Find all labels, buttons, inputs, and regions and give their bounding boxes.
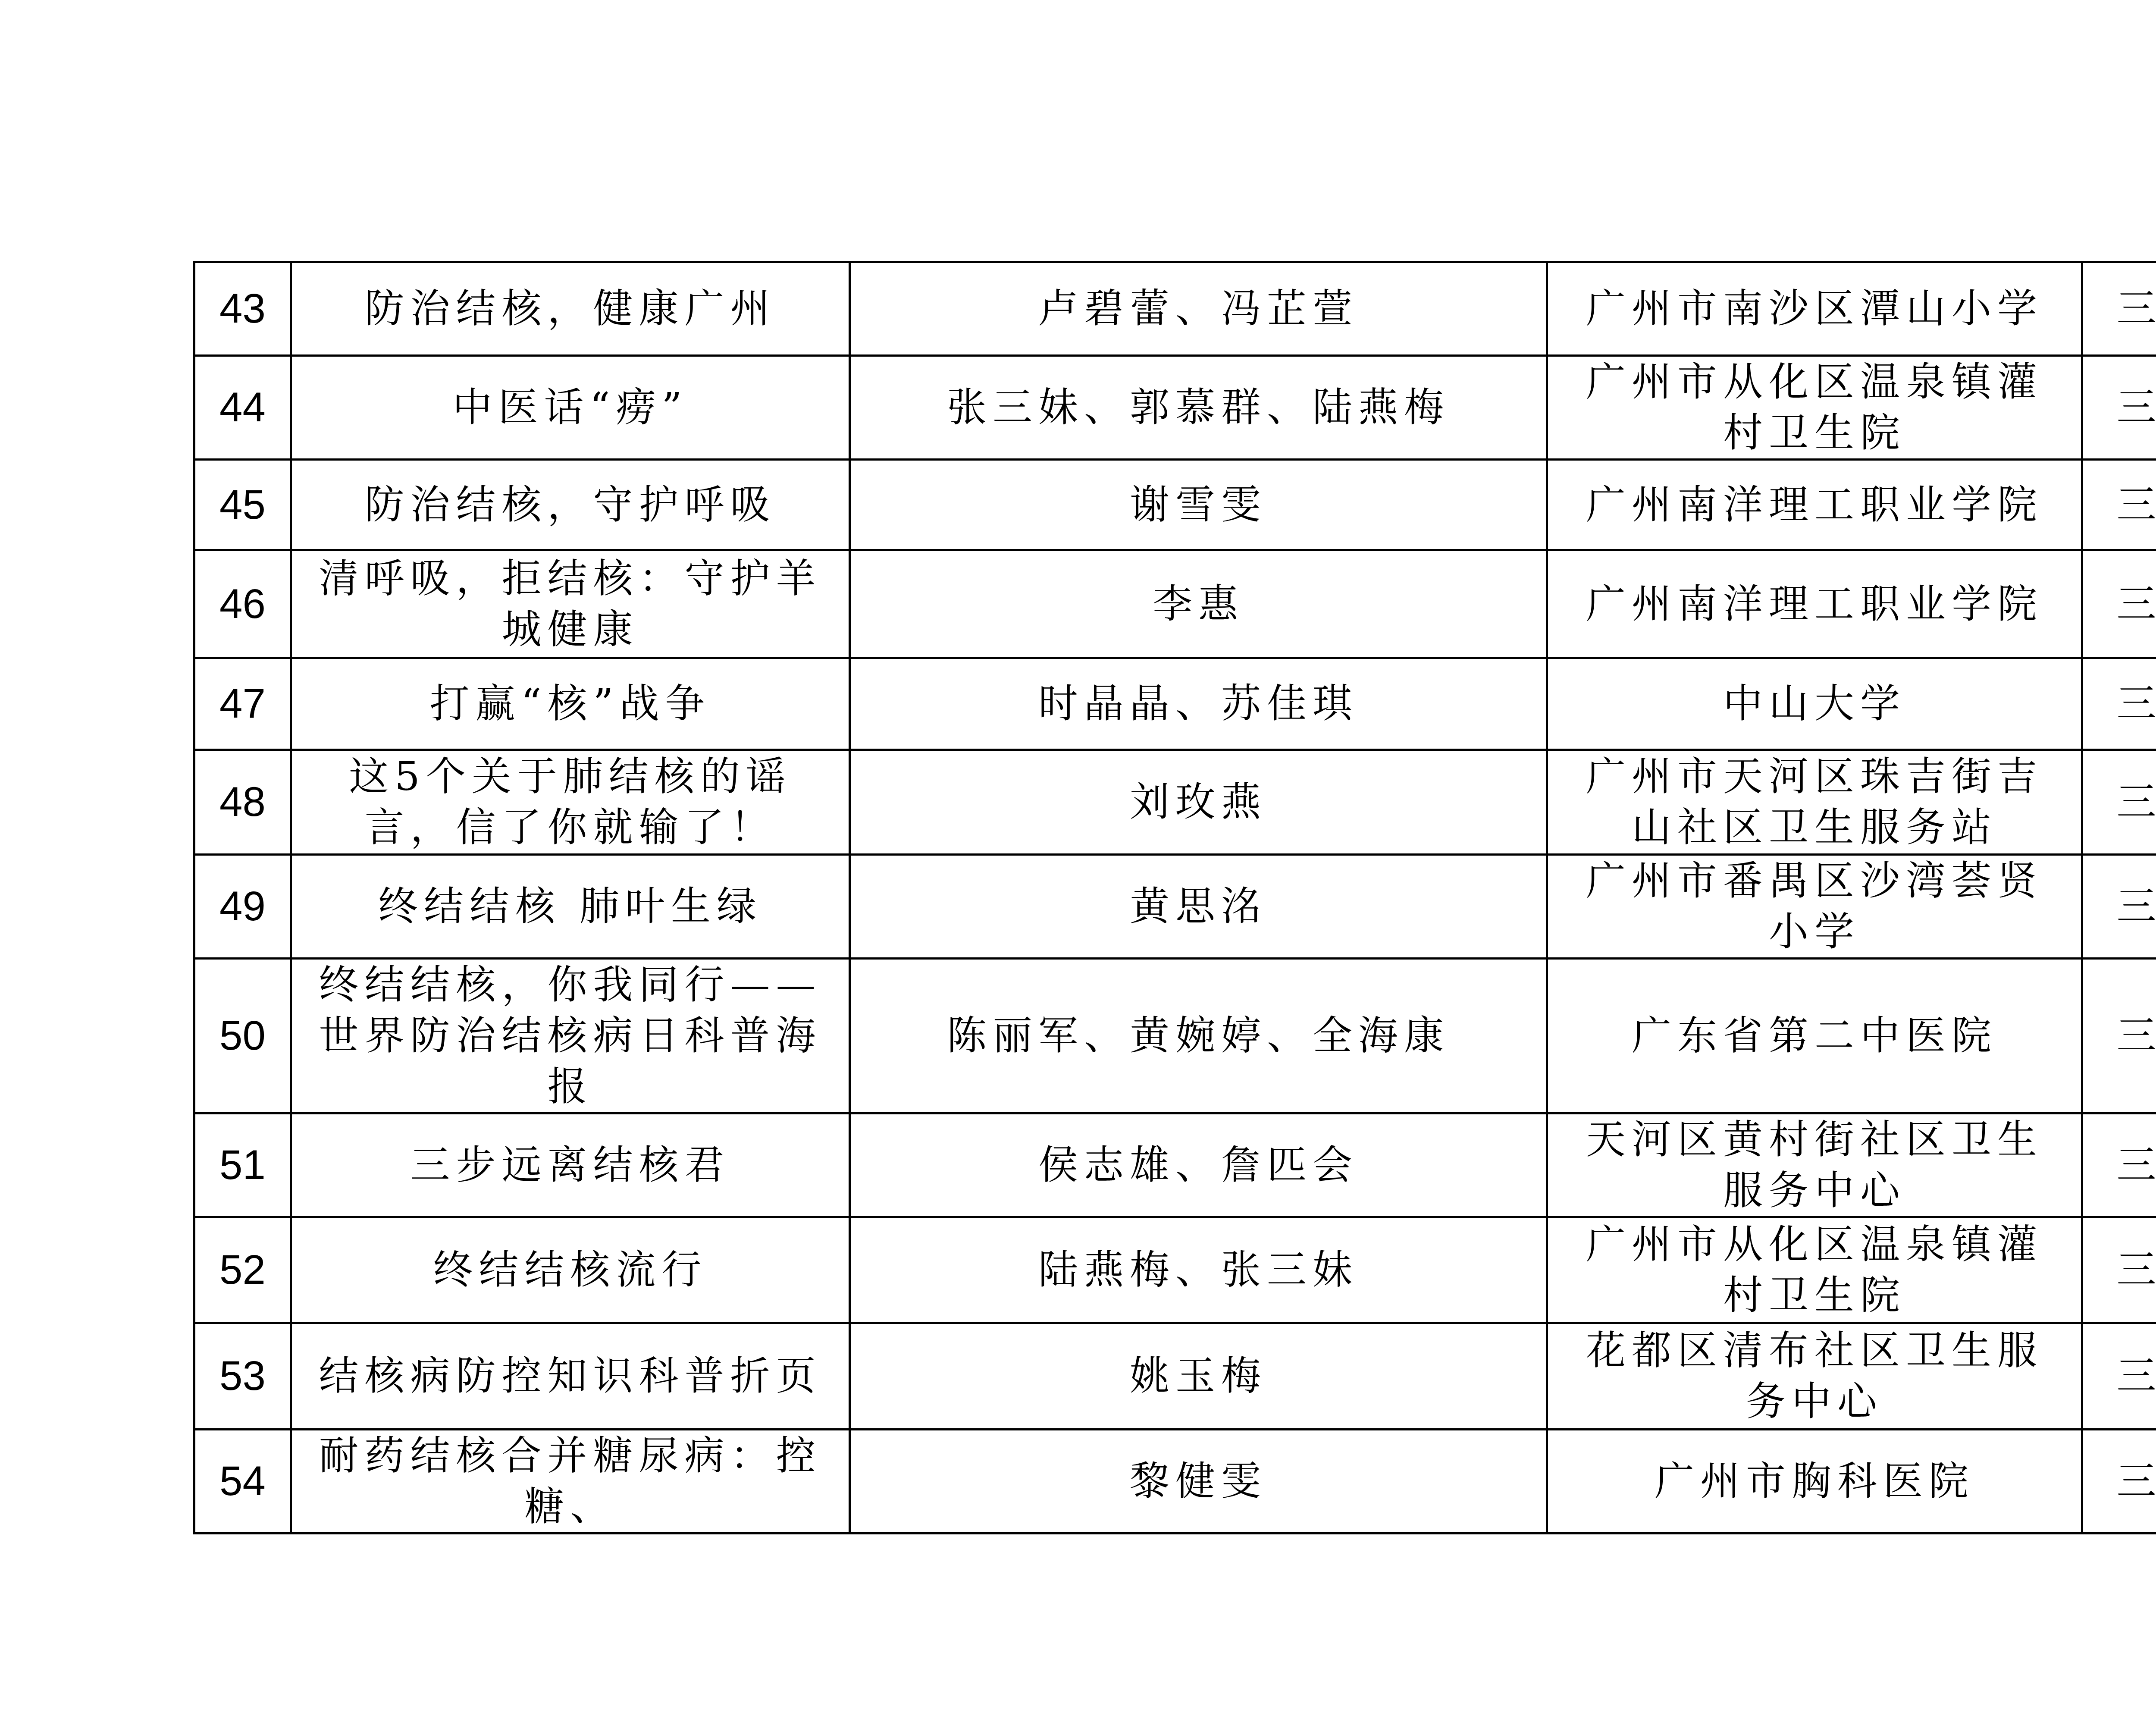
entry-award: 三等奖	[2082, 262, 2156, 356]
entry-title: 打赢“核”战争	[291, 658, 850, 750]
entry-organization: 广州南洋理工职业学院	[1547, 460, 2082, 550]
entry-organization: 广东省第二中医院	[1547, 959, 2082, 1113]
entry-title: 结核病防控知识科普折页	[291, 1323, 850, 1430]
table-row: 45防治结核，守护呼吸谢雪雯广州南洋理工职业学院三等奖	[194, 460, 2156, 550]
table-row: 49终结结核 肺叶生绿黄思洺广州市番禺区沙湾荟贤小学三等奖	[194, 855, 2156, 959]
entry-award: 三等奖	[2082, 1113, 2156, 1217]
entry-title: 这5个关于肺结核的谣言，信了你就输了！	[291, 750, 850, 855]
table-row: 44中医话“痨”张三妹、郭慕群、陆燕梅广州市从化区温泉镇灌村卫生院三等奖	[194, 356, 2156, 460]
row-number: 52	[194, 1217, 291, 1323]
entry-authors: 黎健雯	[850, 1430, 1547, 1534]
entry-authors: 卢碧蕾、冯芷萱	[850, 262, 1547, 356]
entry-title: 防治结核，健康广州	[291, 262, 850, 356]
row-number: 48	[194, 750, 291, 855]
row-number: 47	[194, 658, 291, 750]
awards-table-body: 43防治结核，健康广州卢碧蕾、冯芷萱广州市南沙区潭山小学三等奖44中医话“痨”张…	[194, 262, 2156, 1534]
entry-authors: 侯志雄、詹匹会	[850, 1113, 1547, 1217]
entry-organization: 广州市天河区珠吉街吉山社区卫生服务站	[1547, 750, 2082, 855]
entry-award: 三等奖	[2082, 460, 2156, 550]
entry-title: 终结结核流行	[291, 1217, 850, 1323]
entry-authors: 黄思洺	[850, 855, 1547, 959]
entry-organization: 广州市胸科医院	[1547, 1430, 2082, 1534]
table-row: 46清呼吸，拒结核：守护羊城健康李惠广州南洋理工职业学院三等奖	[194, 550, 2156, 658]
table-row: 54耐药结核合并糖尿病：控糖、黎健雯广州市胸科医院三等奖	[194, 1430, 2156, 1534]
entry-authors: 姚玉梅	[850, 1323, 1547, 1430]
entry-organization: 中山大学	[1547, 658, 2082, 750]
entry-title: 三步远离结核君	[291, 1113, 850, 1217]
table-row: 51三步远离结核君侯志雄、詹匹会天河区黄村街社区卫生服务中心三等奖	[194, 1113, 2156, 1217]
document-page: 43防治结核，健康广州卢碧蕾、冯芷萱广州市南沙区潭山小学三等奖44中医话“痨”张…	[0, 0, 2156, 1725]
entry-award: 三等奖	[2082, 959, 2156, 1113]
entry-organization: 广州南洋理工职业学院	[1547, 550, 2082, 658]
entry-authors: 谢雪雯	[850, 460, 1547, 550]
table-row: 52终结结核流行陆燕梅、张三妹广州市从化区温泉镇灌村卫生院三等奖	[194, 1217, 2156, 1323]
entry-organization: 花都区清布社区卫生服务中心	[1547, 1323, 2082, 1430]
table-row: 48这5个关于肺结核的谣言，信了你就输了！刘玫燕广州市天河区珠吉街吉山社区卫生服…	[194, 750, 2156, 855]
entry-authors: 陈丽军、黄婉婷、全海康	[850, 959, 1547, 1113]
entry-award: 三等奖	[2082, 1217, 2156, 1323]
table-row: 50终结结核，你我同行——世界防治结核病日科普海报陈丽军、黄婉婷、全海康广东省第…	[194, 959, 2156, 1113]
entry-authors: 刘玫燕	[850, 750, 1547, 855]
row-number: 53	[194, 1323, 291, 1430]
row-number: 49	[194, 855, 291, 959]
awards-table: 43防治结核，健康广州卢碧蕾、冯芷萱广州市南沙区潭山小学三等奖44中医话“痨”张…	[193, 261, 2156, 1534]
entry-award: 三等奖	[2082, 1323, 2156, 1430]
entry-award: 三等奖	[2082, 1430, 2156, 1534]
entry-organization: 广州市从化区温泉镇灌村卫生院	[1547, 1217, 2082, 1323]
entry-title: 终结结核，你我同行——世界防治结核病日科普海报	[291, 959, 850, 1113]
entry-authors: 张三妹、郭慕群、陆燕梅	[850, 356, 1547, 460]
entry-title: 耐药结核合并糖尿病：控糖、	[291, 1430, 850, 1534]
entry-award: 三等奖	[2082, 658, 2156, 750]
row-number: 54	[194, 1430, 291, 1534]
entry-award: 三等奖	[2082, 356, 2156, 460]
entry-organization: 天河区黄村街社区卫生服务中心	[1547, 1113, 2082, 1217]
entry-authors: 陆燕梅、张三妹	[850, 1217, 1547, 1323]
table-row: 47打赢“核”战争时晶晶、苏佳琪中山大学三等奖	[194, 658, 2156, 750]
entry-title: 清呼吸，拒结核：守护羊城健康	[291, 550, 850, 658]
table-row: 43防治结核，健康广州卢碧蕾、冯芷萱广州市南沙区潭山小学三等奖	[194, 262, 2156, 356]
row-number: 45	[194, 460, 291, 550]
entry-award: 三等奖	[2082, 855, 2156, 959]
entry-organization: 广州市从化区温泉镇灌村卫生院	[1547, 356, 2082, 460]
row-number: 46	[194, 550, 291, 658]
table-row: 53结核病防控知识科普折页姚玉梅花都区清布社区卫生服务中心三等奖	[194, 1323, 2156, 1430]
entry-authors: 时晶晶、苏佳琪	[850, 658, 1547, 750]
row-number: 44	[194, 356, 291, 460]
entry-title: 终结结核 肺叶生绿	[291, 855, 850, 959]
row-number: 51	[194, 1113, 291, 1217]
entry-organization: 广州市南沙区潭山小学	[1547, 262, 2082, 356]
row-number: 43	[194, 262, 291, 356]
entry-title: 防治结核，守护呼吸	[291, 460, 850, 550]
entry-award: 三等奖	[2082, 750, 2156, 855]
entry-authors: 李惠	[850, 550, 1547, 658]
entry-organization: 广州市番禺区沙湾荟贤小学	[1547, 855, 2082, 959]
entry-title: 中医话“痨”	[291, 356, 850, 460]
entry-award: 三等奖	[2082, 550, 2156, 658]
row-number: 50	[194, 959, 291, 1113]
